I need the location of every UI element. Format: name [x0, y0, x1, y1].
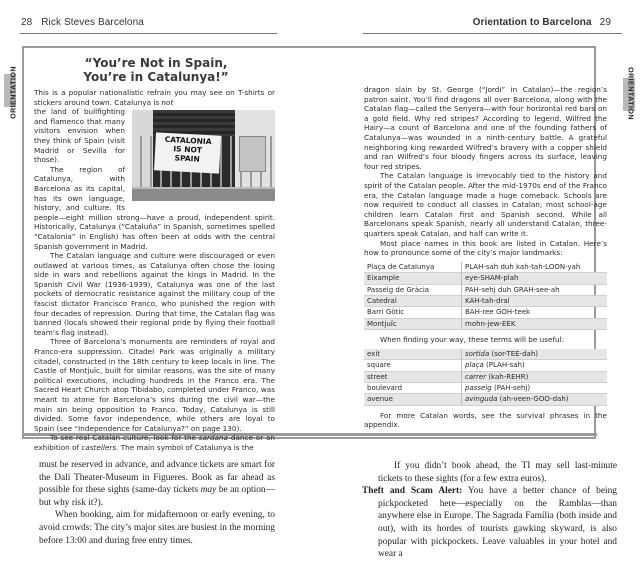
- right-section-tab-label: ORIENTATION: [627, 59, 636, 129]
- right-page-header: Orientation to Barcelona29: [473, 17, 611, 28]
- landmark-pronunciation: BAH-ree GOH-teek: [462, 307, 608, 318]
- term-catalan-word: passeig: [465, 384, 492, 392]
- table-row: Passeig de GràciaPAH-sehj duh GRAH-see-a…: [364, 284, 607, 295]
- right-header-rule: [363, 33, 622, 34]
- sidebar-paragraph-3: The Catalan language and culture were di…: [34, 251, 275, 337]
- term-catalan: plaça (PLAH-sah): [462, 360, 608, 371]
- theft-alert-heading: Theft and Scam Alert:: [362, 486, 462, 496]
- text: You have a better chance of being pickpo…: [378, 486, 617, 559]
- table-row: boulevardpasseig (PAH-sehj): [364, 382, 607, 393]
- term-catalan: carrer (kah-REHR): [462, 371, 608, 382]
- landmark-name: Plaça de Catalunya: [364, 262, 462, 273]
- sidebar-right-paragraph-4: For more Catalan words, see the survival…: [364, 411, 607, 430]
- emphasis: not: [161, 98, 173, 107]
- sidebar-paragraph-5: To see real Catalan culture, look for th…: [34, 433, 275, 452]
- term-pronunciation: (kah-REHR): [486, 373, 528, 381]
- landmark-name: Barri Gòtic: [364, 307, 462, 318]
- term-catalan: avinguda (ah-veen-GOO-dah): [462, 394, 608, 405]
- term-catalan: sortida (sor-TEE-dah): [462, 349, 608, 360]
- term-pronunciation: (PLAH-sah): [484, 361, 525, 369]
- term-english: street: [364, 371, 462, 382]
- text: the land of bullfighting and flamenco th…: [34, 107, 125, 164]
- body-left-paragraph-1: must be reserved in advance, and advance…: [39, 459, 275, 509]
- left-page-number: 28: [21, 17, 32, 28]
- term-catalan-word: avinguda: [465, 395, 497, 403]
- body-right-paragraph-2: Theft and Scam Alert: You have a better …: [362, 485, 617, 561]
- text: To see real Catalan culture, look for th…: [50, 433, 199, 442]
- landmark-name: Montjuïc: [364, 318, 462, 329]
- sidebar-box-left-border: [22, 46, 24, 437]
- banner-text-3: SPAIN: [155, 152, 220, 164]
- emphasis: sardana: [199, 433, 228, 442]
- body-text-right: If you didn’t book ahead, the TI may sel…: [362, 460, 617, 561]
- table-row: Eixampleeye-SHAM-plah: [364, 273, 607, 284]
- term-english: boulevard: [364, 382, 462, 393]
- landmark-name: Passeig de Gràcia: [364, 284, 462, 295]
- sidebar-paragraph-1: This is a popular nationalistic refrain …: [34, 88, 275, 107]
- term-pronunciation: (PAH-sehj): [492, 384, 530, 392]
- term-english: exit: [364, 349, 462, 360]
- left-header-rule: [20, 33, 277, 34]
- landmark-pronunciation: eye-SHAM-plah: [462, 273, 608, 284]
- landmark-pronunciation: PAH-sehj duh GRAH-see-ah: [462, 284, 608, 295]
- left-page-header: 28 Rick Steves Barcelona: [21, 17, 144, 28]
- text: . The main symbol of Catalunya is the: [116, 443, 254, 452]
- table-row: streetcarrer (kah-REHR): [364, 371, 607, 382]
- table-row: CatedralKAH-tah-dral: [364, 295, 607, 306]
- landmark-name: Eixample: [364, 273, 462, 284]
- right-running-title: Orientation to Barcelona: [473, 17, 592, 28]
- left-running-title: Rick Steves Barcelona: [41, 17, 144, 28]
- term-pronunciation: (sor-TEE-dah): [489, 350, 538, 358]
- sidebar-title-line-1: “You’re Not in Spain,: [40, 57, 272, 71]
- terms-intro: When finding your way, these terms will …: [364, 335, 607, 345]
- table-row: Plaça de CatalunyaPLAH-sah duh kah-tah-L…: [364, 262, 607, 273]
- left-section-tab-label: ORIENTATION: [9, 58, 18, 128]
- term-catalan-word: sortida: [465, 350, 489, 358]
- landmark-name: Catedral: [364, 295, 462, 306]
- term-catalan-word: plaça: [465, 361, 484, 369]
- catalan-terms-table: exitsortida (sor-TEE-dah) squareplaça (P…: [364, 349, 607, 406]
- table-row: Barri GòticBAH-ree GOH-teek: [364, 307, 607, 318]
- sidebar-right-column: dragon slain by St. George (“Jordi” in C…: [364, 85, 607, 430]
- emphasis: castellers: [81, 443, 116, 452]
- body-left-paragraph-2: When booking, aim for midafternoon or ea…: [39, 509, 275, 547]
- sidebar-paragraph-4: Three of Barcelona’s monuments are remin…: [34, 337, 275, 433]
- table-row: avenueavinguda (ah-veen-GOO-dah): [364, 394, 607, 405]
- emphasis: may: [201, 485, 217, 495]
- sidebar-title: “You’re Not in Spain, You’re in Cataluny…: [40, 57, 272, 84]
- photo-poster: [239, 136, 266, 172]
- landmark-pronunciation: KAH-tah-dral: [462, 295, 608, 306]
- term-catalan-word: carrer: [465, 373, 486, 381]
- table-row: squareplaça (PLAH-sah): [364, 360, 607, 371]
- table-row: exitsortida (sor-TEE-dah): [364, 349, 607, 360]
- landmark-pronunciation: mohn-jew-EEK: [462, 318, 608, 329]
- sidebar-left-column: This is a popular nationalistic refrain …: [34, 88, 275, 453]
- landmark-pronunciation-table: Plaça de CatalunyaPLAH-sah duh kah-tah-L…: [364, 262, 607, 330]
- text: This is a popular nationalistic refrain …: [34, 88, 275, 107]
- body-right-paragraph-1: If you didn’t book ahead, the TI may sel…: [362, 460, 617, 485]
- sidebar-right-paragraph-3: Most place names in this book are listed…: [364, 239, 607, 258]
- term-english: square: [364, 360, 462, 371]
- term-english: avenue: [364, 394, 462, 405]
- term-pronunciation: (ah-veen-GOO-dah): [497, 395, 568, 403]
- term-catalan: passeig (PAH-sehj): [462, 382, 608, 393]
- landmark-pronunciation: PLAH-sah duh kah-tah-LOON-yah: [462, 262, 608, 273]
- photo-banner: CATALONIA IS NOT SPAIN: [154, 133, 221, 174]
- table-row: Montjuïcmohn-jew-EEK: [364, 318, 607, 329]
- sidebar-title-line-2: You’re in Catalunya!”: [40, 71, 272, 85]
- photo-balcony-rail: [132, 187, 275, 201]
- sidebar-right-paragraph-1: dragon slain by St. George (“Jordi” in C…: [364, 85, 607, 171]
- catalonia-banner-photo: CATALONIA IS NOT SPAIN: [132, 110, 275, 201]
- body-text-left: must be reserved in advance, and advance…: [39, 459, 275, 547]
- right-page-number: 29: [600, 17, 611, 28]
- sidebar-right-paragraph-2: The Catalan language is irrevocably tied…: [364, 171, 607, 238]
